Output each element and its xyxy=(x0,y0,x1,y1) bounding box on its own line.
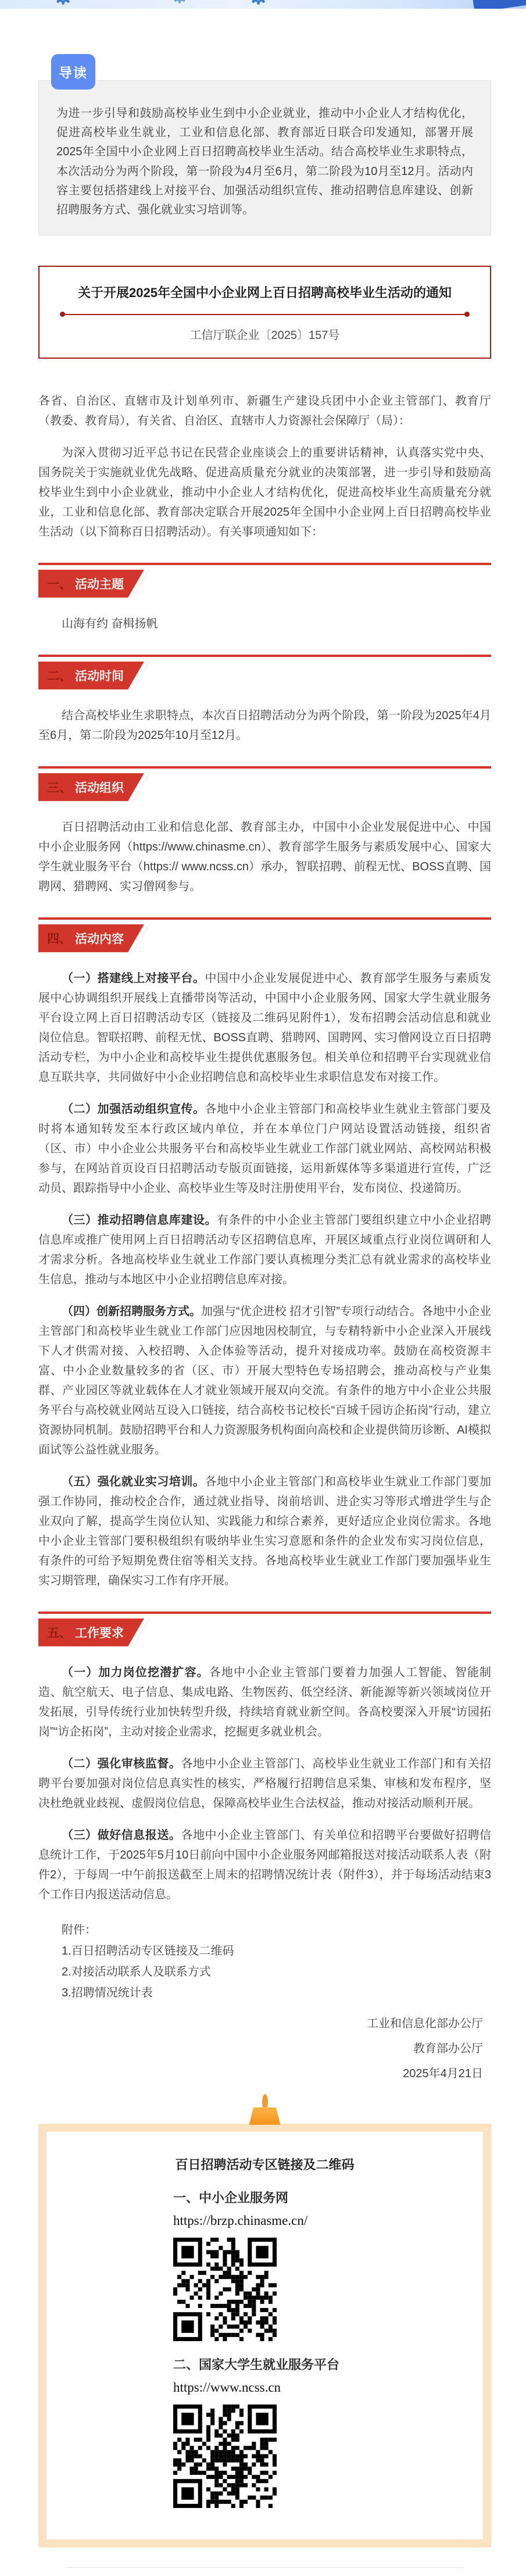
section-header: 四、活动内容 xyxy=(38,917,491,952)
appendix-entry-heading: 二、国家大学生就业服务平台 xyxy=(173,2355,466,2373)
qr-code xyxy=(173,2238,277,2341)
body-paragraph: （四）创新招聘服务方式。加强与“优企进校 招才引智”专项行动结合。各地中小企业主… xyxy=(38,1302,491,1460)
badge-slash-decoration xyxy=(128,1619,149,1646)
body-paragraph: （五）强化就业实习培训。各地中小企业主管部门和高校毕业生就业工作部门要加强工作协… xyxy=(38,1472,491,1591)
section-header-rule xyxy=(38,563,491,565)
document-number: 工信厅联企业〔2025〕157号 xyxy=(59,326,470,342)
paragraph-lead: （三）推动招聘信息库建设。 xyxy=(62,1214,217,1227)
appendix-entry-url[interactable]: https://www.ncss.cn xyxy=(173,2380,466,2395)
section-header: 五、工作要求 xyxy=(38,1612,491,1646)
reading-guide-badge: 导读 xyxy=(51,54,95,90)
intro-section: 导读 为进一步引导和鼓励高校毕业生到中小企业就业，推动中小企业人才结构优化，促进… xyxy=(38,9,491,235)
appendix-entries: 一、中小企业服务网https://brzp.chinasme.cn/二、国家大学… xyxy=(64,2188,466,2508)
section-header: 一、活动主题 xyxy=(38,563,491,598)
section-number: 五、 xyxy=(47,1627,71,1640)
paragraph-lead: （二）强化审核监督。 xyxy=(62,1757,181,1770)
body-paragraph: 山海有约 奋楫扬帆 xyxy=(38,614,491,634)
section-title: 活动组织 xyxy=(75,781,124,795)
intro-summary-box: 为进一步引导和鼓励高校毕业生到中小企业就业，推动中小企业人才结构优化，促进高校毕… xyxy=(38,80,491,235)
binder-clip-icon xyxy=(249,2097,281,2125)
section-header-rule xyxy=(38,766,491,769)
body-paragraph: （一）加力岗位挖潜扩容。各地中小企业主管部门要着力加强人工智能、智能制造、航空航… xyxy=(38,1663,491,1742)
appendix-entry-url[interactable]: https://brzp.chinasme.cn/ xyxy=(173,2213,466,2228)
signature-line: 工业和信息化部办公厅 xyxy=(38,2012,483,2036)
attachments-list: 附件： 1.百日招聘活动专区链接及二维码 2.对接活动联系人及联系方式 3.招聘… xyxy=(38,1920,491,2003)
signature-line: 2025年4月21日 xyxy=(38,2061,483,2086)
section-title: 活动主题 xyxy=(75,578,124,591)
body-paragraph: （三）推动招聘信息库建设。有条件的中小企业主管部门要组织建立中小企业招聘信息库或… xyxy=(38,1210,491,1289)
signature-line: 教育部办公厅 xyxy=(38,2036,483,2061)
gear-icon: ⚙ xyxy=(170,0,189,7)
paragraph-lead: （五）强化就业实习培训。 xyxy=(62,1475,205,1488)
qr-code xyxy=(173,2404,277,2508)
section-badge: 二、活动时间 xyxy=(38,662,149,689)
attachment-list-item: 3.招聘情况统计表 xyxy=(62,1982,491,2003)
body-paragraph: （三）做好信息报送。各地中小企业主管部门、有关单位和招聘平台要做好招聘信息统计工… xyxy=(38,1825,491,1905)
notice-title-box: 关于开展2025年全国中小企业网上百日招聘高校毕业生活动的通知 工信厅联企业〔2… xyxy=(38,266,491,359)
appendix-title: 百日招聘活动专区链接及二维码 xyxy=(64,2155,466,2173)
body-paragraph: （二）加强活动组织宣传。各地中小企业主管部门和高校毕业生就业主管部门要及时将本通… xyxy=(38,1099,491,1198)
section-number: 二、 xyxy=(47,670,71,683)
badge-slash-decoration xyxy=(128,662,149,689)
body-paragraph: （二）强化审核监督。各地中小企业主管部门、高校毕业生就业工作部门和有关招聘平台要… xyxy=(38,1754,491,1813)
section-title: 工作要求 xyxy=(75,1627,124,1640)
signature-block: 工业和信息化部办公厅 教育部办公厅 2025年4月21日 xyxy=(38,2012,491,2086)
section-number: 四、 xyxy=(47,932,71,946)
appendix-box: 百日招聘活动专区链接及二维码 一、中小企业服务网https://brzp.chi… xyxy=(38,2124,491,2548)
badge-slash-decoration xyxy=(128,924,149,952)
sections-container: 一、活动主题山海有约 奋楫扬帆二、活动时间结合高校毕业生求职特点，本次百日招聘活… xyxy=(38,563,491,1905)
gear-icon: ⚙ xyxy=(246,0,270,8)
gear-icon: ⚙ xyxy=(51,0,75,8)
attachments-label: 附件： xyxy=(62,1920,491,1941)
section-header: 二、活动时间 xyxy=(38,655,491,689)
section-header-rule xyxy=(38,655,491,657)
paragraph-lead: （二）加强活动组织宣传。 xyxy=(62,1103,205,1116)
paragraph-lead: （四）创新招聘服务方式。 xyxy=(62,1305,201,1318)
article-content: 导读 为进一步引导和鼓励高校毕业生到中小企业就业，推动中小企业人才结构优化，促进… xyxy=(0,9,526,2568)
appendix-entry-heading: 一、中小企业服务网 xyxy=(173,2188,466,2206)
attachment-list-item: 2.对接活动联系人及联系方式 xyxy=(62,1962,491,1982)
banner-decoration xyxy=(471,0,526,9)
body-paragraph: 百日招聘活动由工业和信息化部、教育部主办，中国中小企业发展促进中心、中国中小企业… xyxy=(38,817,491,896)
section-badge: 五、工作要求 xyxy=(38,1619,149,1646)
notice-page: ⚙ ⚙ ⚙ 导读 为进一步引导和鼓励高校毕业生到中小企业就业，推动中小企业人才结… xyxy=(0,0,526,2576)
paragraph-lead: （一）搭建线上对接平台。 xyxy=(62,972,205,985)
section-header: 三、活动组织 xyxy=(38,766,491,801)
badge-slash-decoration xyxy=(128,570,149,598)
preamble-paragraph: 为深入贯彻习近平总书记在民营企业座谈会上的重要讲话精神，认真落实党中央、国务院关… xyxy=(38,443,491,542)
section-header-rule xyxy=(38,917,491,920)
paragraph-lead: （一）加力岗位挖潜扩容。 xyxy=(62,1666,209,1679)
section-badge: 一、活动主题 xyxy=(38,570,149,598)
bottom-divider xyxy=(66,2567,464,2568)
section-badge: 四、活动内容 xyxy=(38,924,149,952)
notice-title: 关于开展2025年全国中小企业网上百日招聘高校毕业生活动的通知 xyxy=(59,284,470,302)
appendix-entry: 一、中小企业服务网https://brzp.chinasme.cn/ xyxy=(64,2188,466,2341)
section-title: 活动时间 xyxy=(75,670,124,683)
paragraph-lead: （三）做好信息报送。 xyxy=(62,1829,181,1842)
badge-slash-decoration xyxy=(128,773,149,801)
section-title: 活动内容 xyxy=(75,932,124,946)
section-header-rule xyxy=(38,1612,491,1614)
appendix-entry: 二、国家大学生就业服务平台https://www.ncss.cn xyxy=(64,2355,466,2508)
body-paragraph: （一）搭建线上对接平台。中国中小企业发展促进中心、教育部学生服务与素质发展中心协… xyxy=(38,969,491,1087)
body-paragraph: 结合高校毕业生求职特点，本次百日招聘活动分为两个阶段，第一阶段为2025年4月至… xyxy=(38,706,491,745)
section-badge: 三、活动组织 xyxy=(38,773,149,801)
salutation: 各省、自治区、直辖市及计划单列市、新疆生产建设兵团中小企业主管部门、教育厅（教委… xyxy=(38,391,491,431)
top-banner-image: ⚙ ⚙ ⚙ xyxy=(0,0,526,9)
title-divider-rule xyxy=(60,314,469,315)
section-number: 一、 xyxy=(47,578,71,591)
attachment-list-item: 1.百日招聘活动专区链接及二维码 xyxy=(62,1941,491,1962)
section-number: 三、 xyxy=(47,781,71,795)
